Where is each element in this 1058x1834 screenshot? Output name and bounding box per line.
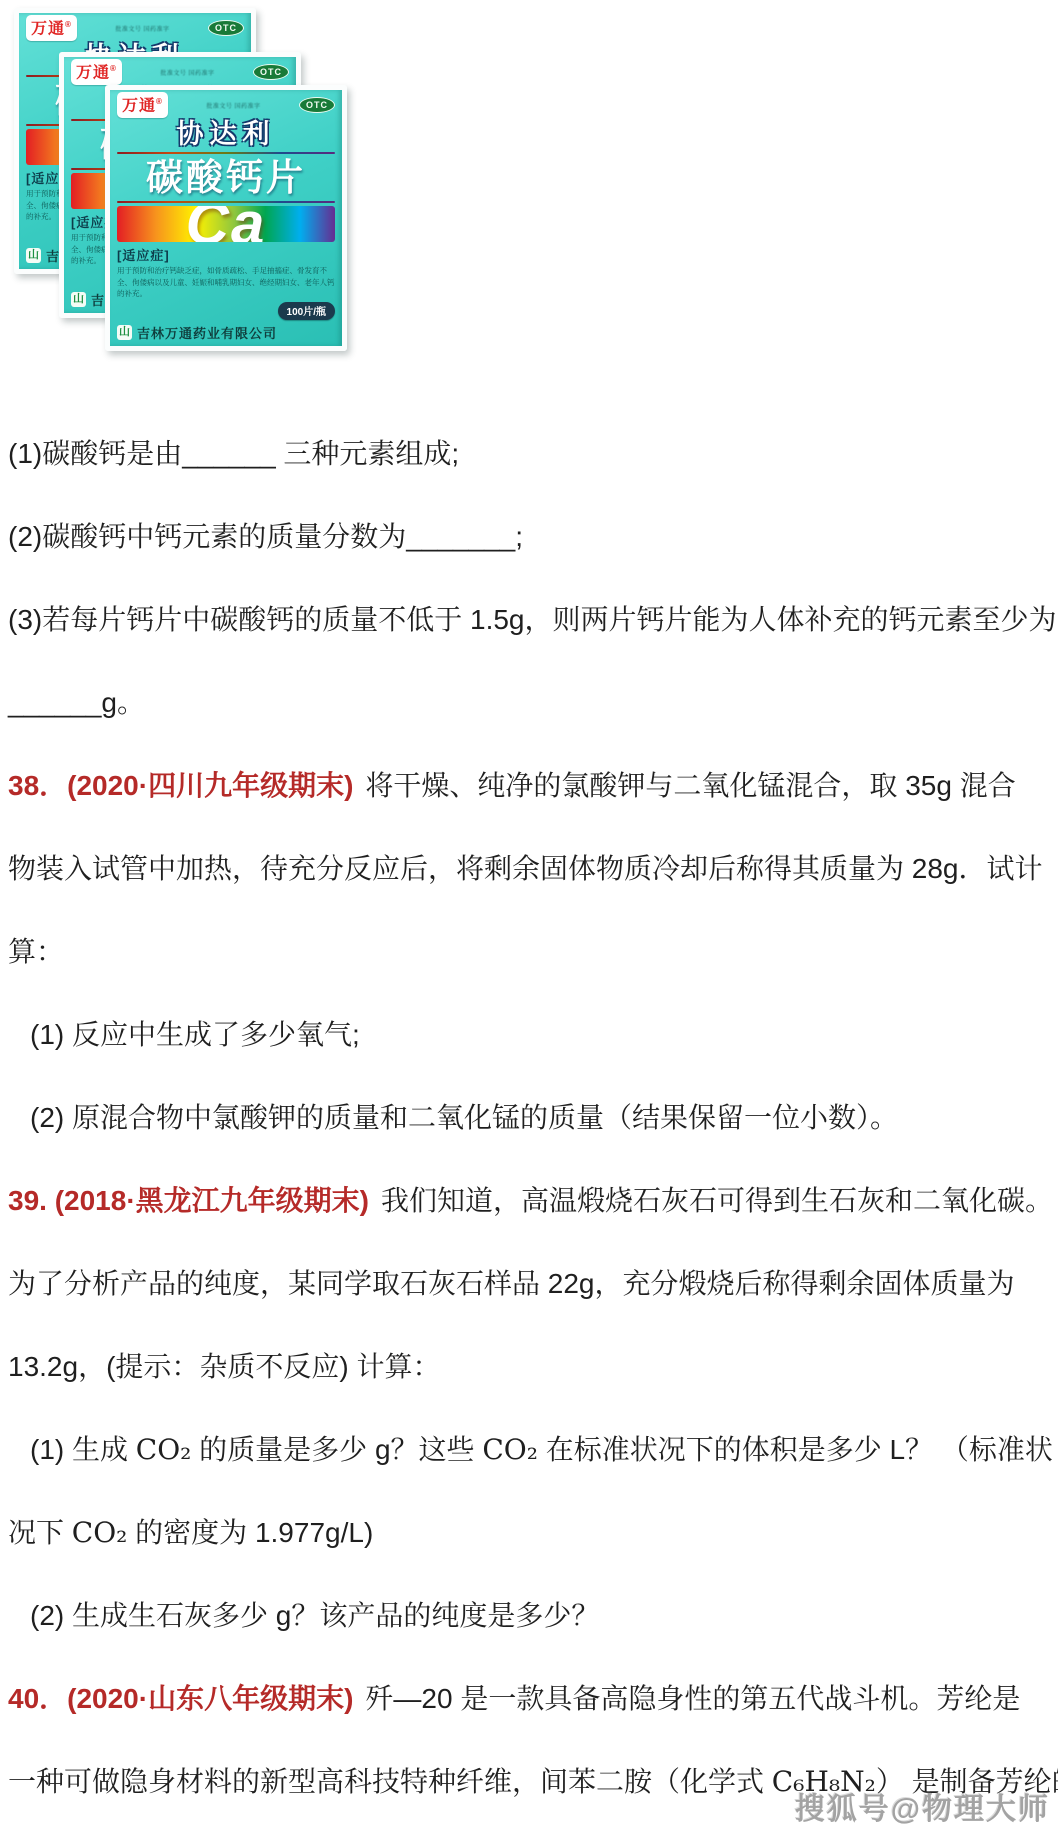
otc-badge: OTC [208, 20, 244, 36]
box-header: 万通®批准文号 国药准字OTC [26, 16, 244, 40]
text-segment: 13.2g，(提示：杂质不反应) 计算： [8, 1351, 441, 1382]
text-segment: 的质量是多少 g？这些 [191, 1434, 482, 1465]
text-segment: 算： [8, 936, 64, 967]
text-line-11: 为了分析产品的纯度，某同学取石灰石样品 22g，充分煅烧后称得剩余固体质量为 [8, 1242, 1054, 1325]
text-segment: 在标准状况下的体积是多少 L？ （标准状 [538, 1434, 1053, 1465]
text-line-5: 38．(2020·四川九年级期末)将干燥、纯净的氯酸钾与二氧化锰混合，取 35g… [8, 744, 1054, 827]
otc-badge: OTC [253, 64, 289, 80]
watermark: 搜狐号@物理大师 [795, 1784, 1050, 1828]
otc-badge: OTC [299, 97, 335, 113]
text-segment: (1)碳酸钙是由______ 三种元素组成; [8, 438, 459, 469]
company-logo-icon: 山 [117, 325, 132, 340]
text-line-13: (1) 生成 CO₂ 的质量是多少 g？这些 CO₂ 在标准状况下的体积是多少 … [8, 1408, 1054, 1491]
question-number-tag: 38．(2020·四川九年级期末) [8, 770, 353, 801]
registered-mark-icon: ® [156, 97, 163, 106]
text-line-12: 13.2g，(提示：杂质不反应) 计算： [8, 1325, 1054, 1408]
registered-mark-icon: ® [65, 20, 72, 29]
text-segment: (2) 生成生石灰多少 g？该产品的纯度是多少？ [30, 1600, 599, 1631]
text-line-16: 40．(2020·山东八年级期末)歼—20 是一款具备高隐身性的第五代战斗机。芳… [8, 1657, 1054, 1740]
text-line-4: ______g。 [8, 661, 1054, 744]
text-segment: (2) 原混合物中氯酸钾的质量和二氧化锰的质量（结果保留一位小数）。 [30, 1102, 898, 1133]
text-segment: CO₂ [72, 1516, 128, 1549]
product-name: 协达利 [117, 117, 335, 151]
text-segment: 一种可做隐身材料的新型高科技特种纤维，间苯二胺（化学式 [8, 1766, 772, 1797]
text-segment: 歼—20 是一款具备高隐身性的第五代战斗机。芳纶是 [365, 1683, 1020, 1714]
question-number-tag: 40．(2020·山东八年级期末) [8, 1683, 353, 1714]
indication-label: [适应症] [117, 245, 335, 264]
company-logo-icon: 山 [71, 292, 86, 307]
approval-number-text: 批准文号 国药准字 [115, 24, 169, 33]
pack-size-badge: 100片/瓶 [278, 302, 335, 320]
text-segment: ______g。 [8, 687, 145, 718]
text-line-3: (3)若每片钙片中碳酸钙的质量不低于 1.5g，则两片钙片能为人体补充的钙元素至… [8, 578, 1054, 661]
text-segment: (1) 反应中生成了多少氧气; [30, 1019, 360, 1050]
box-header: 万通®批准文号 国药准字OTC [71, 60, 289, 84]
calcium-symbol: Ca [186, 206, 267, 243]
text-segment: CO₂ [482, 1433, 538, 1466]
text-segment: 况下 [8, 1517, 72, 1548]
company-logo-icon: 山 [26, 248, 41, 263]
approval-number-text: 批准文号 国药准字 [206, 101, 260, 110]
text-segment: 的密度为 1.977g/L) [127, 1517, 373, 1548]
text-segment: 我们知道，高温煅烧石灰石可得到生石灰和二氧化碳。 [381, 1185, 1053, 1216]
approval-number-text: 批准文号 国药准字 [160, 68, 214, 77]
indication-text: 用于预防和治疗钙缺乏症，如骨质疏松、手足抽搐症、骨发育不全、佝偻病以及儿童、妊娠… [117, 265, 335, 300]
brand-label: 万通® [117, 92, 168, 117]
text-line-15: (2) 生成生石灰多少 g？该产品的纯度是多少？ [8, 1574, 1054, 1657]
text-segment: (2)碳酸钙中钙元素的质量分数为_______; [8, 521, 523, 552]
company-row: 山吉林万通药业有限公司 [117, 323, 335, 342]
box-header: 万通®批准文号 国药准字OTC [117, 93, 335, 117]
text-segment: (3)若每片钙片中碳酸钙的质量不低于 1.5g，则两片钙片能为人体补充的钙元素至… [8, 604, 1057, 635]
worksheet-text: (1)碳酸钙是由______ 三种元素组成;(2)碳酸钙中钙元素的质量分数为__… [8, 412, 1054, 1823]
text-line-9: (2) 原混合物中氯酸钾的质量和二氧化锰的质量（结果保留一位小数）。 [8, 1076, 1054, 1159]
text-line-6: 物装入试管中加热，待充分反应后，将剩余固体物质冷却后称得其质量为 28g．试计 [8, 827, 1054, 910]
text-segment: 为了分析产品的纯度，某同学取石灰石样品 22g，充分煅烧后称得剩余固体质量为 [8, 1268, 1015, 1299]
product-title: 碳酸钙片 [117, 156, 335, 200]
text-line-2: (2)碳酸钙中钙元素的质量分数为_______; [8, 495, 1054, 578]
text-segment: CO₂ [136, 1433, 192, 1466]
text-line-1: (1)碳酸钙是由______ 三种元素组成; [8, 412, 1054, 495]
divider-line-top [117, 152, 335, 154]
text-segment: (1) 生成 [30, 1434, 136, 1465]
pack-size-row: 100片/瓶 [117, 302, 335, 320]
medicine-box-front: 万通®批准文号 国药准字OTC协达利碳酸钙片Ca[适应症]用于预防和治疗钙缺乏症… [105, 85, 347, 351]
brand-label: 万通® [26, 15, 77, 40]
divider-line-bottom [117, 201, 335, 203]
text-line-8: (1) 反应中生成了多少氧气; [8, 993, 1054, 1076]
text-line-10: 39. (2018·黑龙江九年级期末)我们知道，高温煅烧石灰石可得到生石灰和二氧… [8, 1159, 1054, 1242]
company-name: 吉林万通药业有限公司 [137, 323, 277, 342]
text-line-7: 算： [8, 910, 1054, 993]
medicine-boxes-image: 万通®批准文号 国药准字OTC协达利碳酸钙片Ca[适应症]用于预防和治疗钙缺乏症… [10, 6, 360, 358]
brand-label: 万通® [71, 59, 122, 84]
text-segment: 将干燥、纯净的氯酸钾与二氧化锰混合，取 35g 混合 [365, 770, 1015, 801]
text-segment: 物装入试管中加热，待充分反应后，将剩余固体物质冷却后称得其质量为 28g．试计 [8, 853, 1043, 884]
rainbow-panel: Ca [117, 206, 335, 243]
text-line-14: 况下 CO₂ 的密度为 1.977g/L) [8, 1491, 1054, 1574]
question-number-tag: 39. (2018·黑龙江九年级期末) [8, 1185, 369, 1216]
registered-mark-icon: ® [110, 64, 117, 73]
